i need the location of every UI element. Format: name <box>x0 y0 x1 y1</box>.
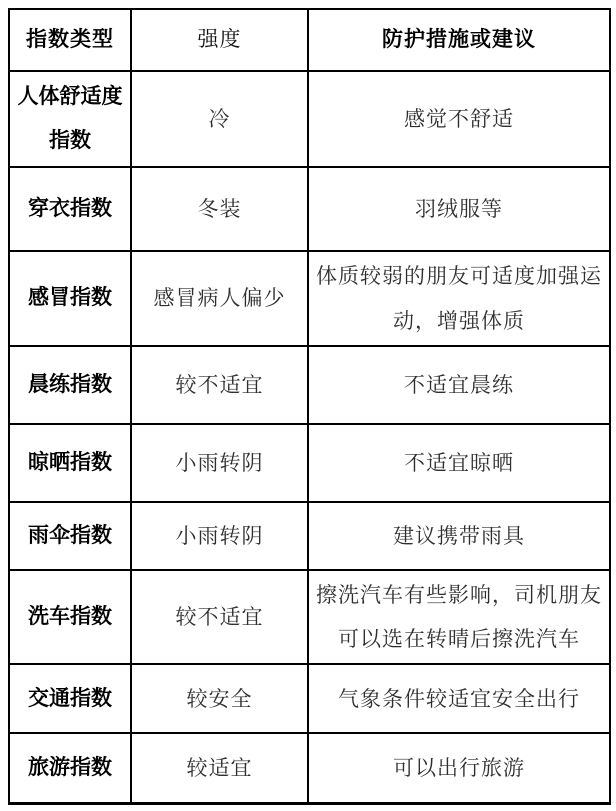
table-row-comfort: 人体舒适度指数 冷 感觉不舒适 <box>9 71 610 167</box>
cell-index-type: 晨练指数 <box>9 346 131 424</box>
cell-advice: 擦洗汽车有些影响，司机朋友可以选在转晴后擦洗汽车 <box>308 570 610 664</box>
page: 指数类型 强度 防护措施或建议 人体舒适度指数 冷 感觉不舒适 穿衣指数 冬装 … <box>0 0 616 811</box>
cell-advice: 不适宜晾晒 <box>308 424 610 502</box>
header-index-type: 指数类型 <box>9 9 131 71</box>
cell-intensity: 小雨转阴 <box>131 424 308 502</box>
weather-index-table: 指数类型 强度 防护措施或建议 人体舒适度指数 冷 感觉不舒适 穿衣指数 冬装 … <box>8 8 611 805</box>
cell-intensity: 较不适宜 <box>131 346 308 424</box>
cell-advice: 不适宜晨练 <box>308 346 610 424</box>
table-row-car-wash: 洗车指数 较不适宜 擦洗汽车有些影响，司机朋友可以选在转晴后擦洗汽车 <box>9 570 610 664</box>
cell-advice: 可以出行旅游 <box>308 733 610 803</box>
table-row-drying: 晾晒指数 小雨转阴 不适宜晾晒 <box>9 424 610 502</box>
cell-index-type: 晾晒指数 <box>9 424 131 502</box>
header-intensity: 强度 <box>131 9 308 71</box>
cell-intensity: 感冒病人偏少 <box>131 251 308 346</box>
cell-intensity: 较安全 <box>131 664 308 733</box>
header-row: 指数类型 强度 防护措施或建议 <box>9 9 610 71</box>
cell-index-type: 交通指数 <box>9 664 131 733</box>
table-row-morning-exercise: 晨练指数 较不适宜 不适宜晨练 <box>9 346 610 424</box>
cell-index-type: 人体舒适度指数 <box>9 71 131 167</box>
cell-index-type: 洗车指数 <box>9 570 131 664</box>
cell-intensity: 冬装 <box>131 167 308 251</box>
table-row-umbrella: 雨伞指数 小雨转阴 建议携带雨具 <box>9 502 610 570</box>
cell-index-type: 感冒指数 <box>9 251 131 346</box>
cell-intensity: 冷 <box>131 71 308 167</box>
cell-intensity: 较不适宜 <box>131 570 308 664</box>
cell-advice: 感觉不舒适 <box>308 71 610 167</box>
cell-advice: 气象条件较适宜安全出行 <box>308 664 610 733</box>
cell-advice: 羽绒服等 <box>308 167 610 251</box>
cell-index-type: 穿衣指数 <box>9 167 131 251</box>
cell-intensity: 较适宜 <box>131 733 308 803</box>
cell-advice: 体质较弱的朋友可适度加强运动，增强体质 <box>308 251 610 346</box>
cell-index-type: 雨伞指数 <box>9 502 131 570</box>
table-row-travel: 旅游指数 较适宜 可以出行旅游 <box>9 733 610 803</box>
table-row-clothing: 穿衣指数 冬装 羽绒服等 <box>9 167 610 251</box>
cell-intensity: 小雨转阴 <box>131 502 308 570</box>
table-row-traffic: 交通指数 较安全 气象条件较适宜安全出行 <box>9 664 610 733</box>
cell-advice: 建议携带雨具 <box>308 502 610 570</box>
header-advice: 防护措施或建议 <box>308 9 610 71</box>
cell-index-type: 旅游指数 <box>9 733 131 803</box>
table-row-cold: 感冒指数 感冒病人偏少 体质较弱的朋友可适度加强运动，增强体质 <box>9 251 610 346</box>
